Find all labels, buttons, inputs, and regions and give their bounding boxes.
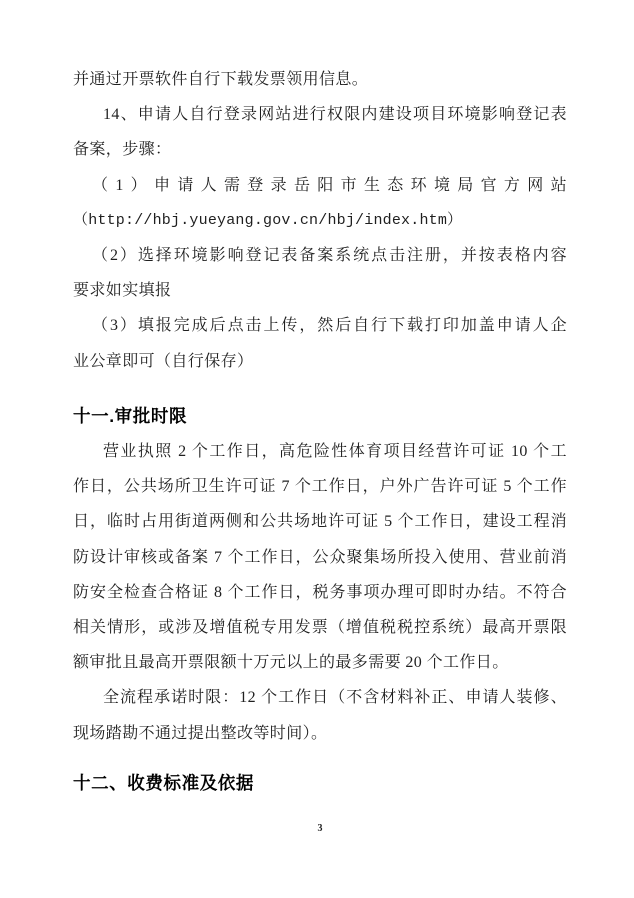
text-line: 备案，步骤： — [73, 132, 567, 167]
url-text-line: （http://hbj.yueyang.gov.cn/hbj/index.htm… — [73, 203, 567, 238]
text-line: 日，临时占用街道两侧和公共场地许可证 5 个工作日，建设工程消 — [73, 504, 567, 539]
document-page: 并通过开票软件自行下载发票领用信息。 14、申请人自行登录网站进行权限内建设项目… — [0, 0, 634, 898]
text-line: 并通过开票软件自行下载发票领用信息。 — [73, 62, 567, 97]
text-line: 营业执照 2 个工作日，高危险性体育项目经营许可证 10 个工 — [73, 434, 567, 469]
section-heading-fee-standard: 十二、收费标准及依据 — [73, 766, 567, 801]
document-body: 并通过开票软件自行下载发票领用信息。 14、申请人自行登录网站进行权限内建设项目… — [73, 62, 567, 801]
text-line: 现场踏勘不通过提出整改等时间）。 — [73, 716, 567, 751]
text-line: 防设计审核或备案 7 个工作日，公众聚集场所投入使用、营业前消 — [73, 540, 567, 575]
text-line: 业公章即可（自行保存） — [73, 344, 567, 379]
text-line: 相关情形，或涉及增值税专用发票（增值税税控系统）最高开票限 — [73, 610, 567, 645]
text-line: （2）选择环境影响登记表备案系统点击注册，并按表格内容 — [73, 238, 567, 273]
text-line: （1）申请人需登录岳阳市生态环境局官方网站 — [73, 168, 567, 203]
text-line: 14、申请人自行登录网站进行权限内建设项目环境影响登记表 — [73, 97, 567, 132]
text-line: 要求如实填报 — [73, 273, 567, 308]
section-heading-approval-time-limit: 十一.审批时限 — [73, 399, 567, 434]
text-line: （3）填报完成后点击上传，然后自行下载打印加盖申请人企 — [73, 308, 567, 343]
text-line: 额审批且最高开票限额十万元以上的最多需要 20 个工作日。 — [73, 645, 567, 680]
text-line: 作日，公共场所卫生许可证 7 个工作日，户外广告许可证 5 个工作 — [73, 469, 567, 504]
text-line: 全流程承诺时限：12 个工作日（不含材料补正、申请人装修、 — [73, 680, 567, 715]
page-number: 3 — [73, 822, 567, 836]
text-line: 防安全检查合格证 8 个工作日，税务事项办理可即时办结。不符合 — [73, 575, 567, 610]
